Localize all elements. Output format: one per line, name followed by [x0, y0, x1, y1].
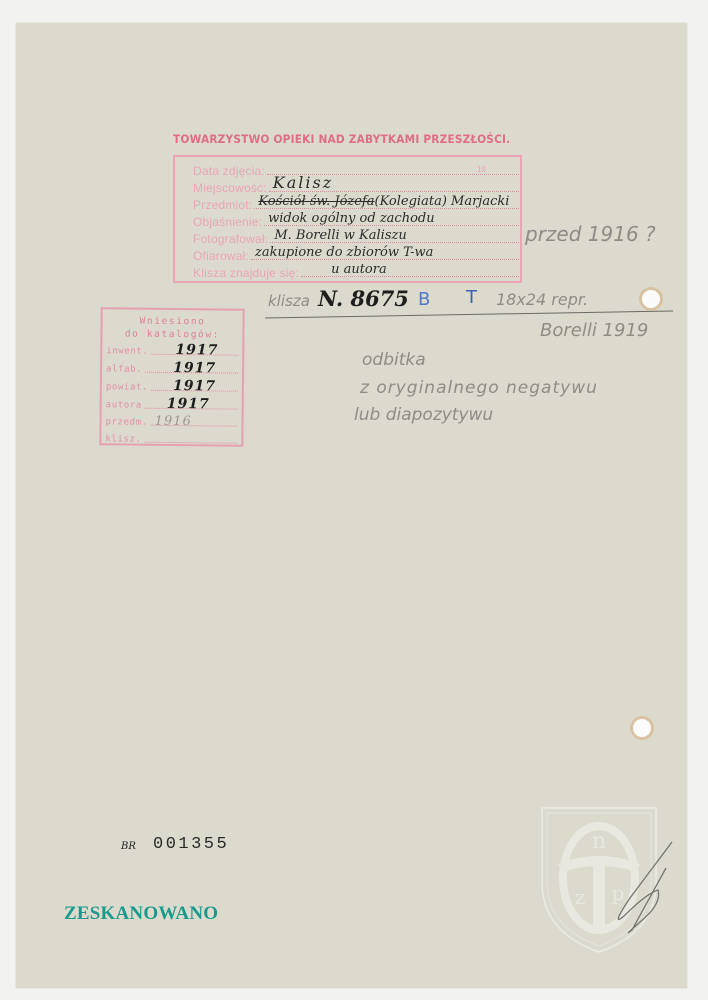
field-subject: Przedmiot: Kościół św. Józefa(Kolegiata)…	[193, 196, 519, 212]
klisza-prefix: klisza	[268, 292, 310, 310]
mark-t: T	[466, 287, 477, 308]
subject-value: (Kolegiata) Marjacki	[375, 194, 510, 209]
pencil-note-line-3: lub diapozytywu	[354, 405, 493, 425]
margin-date-note: przed 1916 ?	[525, 222, 656, 246]
catalog-row: klisz.	[105, 430, 237, 445]
svg-text:z: z	[575, 885, 586, 909]
scanned-stamp: ZESKANOWANO	[64, 903, 218, 925]
punch-hole	[633, 719, 651, 737]
field-place: Miejscowość: Kalisz	[193, 179, 519, 195]
signature	[600, 838, 680, 953]
field-donor: Ofiarował: zakupione do zbiorów T-wa	[193, 247, 519, 263]
punch-hole	[642, 290, 660, 308]
field-plate-location: Klisza znajduje się: u autora	[193, 264, 519, 280]
catalog-row: alfab. 1917	[106, 360, 238, 375]
pencil-note-line-2: z oryginalnego negatywu	[360, 378, 598, 398]
mark-b: B	[418, 289, 430, 310]
society-stamp-title: TOWARZYSTWO OPIEKI NAD ZABYTKAMI PRZESZŁ…	[173, 132, 500, 146]
pencil-note-line-1: odbitka	[362, 350, 426, 370]
field-description: Objaśnienie: widok ogólny od zachodu	[193, 213, 519, 229]
catalog-heading-2: do katalogów:	[102, 328, 242, 340]
photo-record-stamp: Data zdjęcia: 19 Miejscowość: Kalisz Prz…	[173, 155, 522, 283]
catalog-row: inwent. 1917	[106, 342, 238, 357]
catalog-heading-1: Wniesiono	[103, 315, 243, 327]
donor-value: zakupione do zbiorów T-wa	[255, 245, 433, 260]
size-note: 18x24 repr.	[496, 290, 588, 309]
inventory-prefix: BR	[121, 841, 136, 852]
catalog-row: powiat. 1917	[106, 378, 238, 393]
inventory-number: 001355	[153, 835, 229, 854]
field-label: Data zdjęcia:	[193, 164, 265, 178]
borelli-note: Borelli 1919	[540, 320, 648, 341]
field-photographer: Fotografował: M. Borelli w Kaliszu	[193, 230, 519, 246]
catalog-stamp: Wniesiono do katalogów: inwent. 1917 alf…	[99, 307, 244, 447]
plate-location-value: u autora	[331, 262, 387, 277]
struck-subject: Kościół św. Józefa	[258, 194, 374, 209]
year-marker: 19	[477, 165, 486, 174]
catalog-row: przedm. 1916	[105, 413, 237, 428]
description-value: widok ogólny od zachodu	[268, 211, 434, 226]
plate-number: N. 8675	[318, 286, 409, 311]
photographer-value: M. Borelli w Kaliszu	[274, 228, 406, 243]
place-value: Kalisz	[273, 173, 333, 192]
field-date: Data zdjęcia: 19	[193, 162, 519, 178]
catalog-row: autora 1917	[106, 396, 238, 411]
